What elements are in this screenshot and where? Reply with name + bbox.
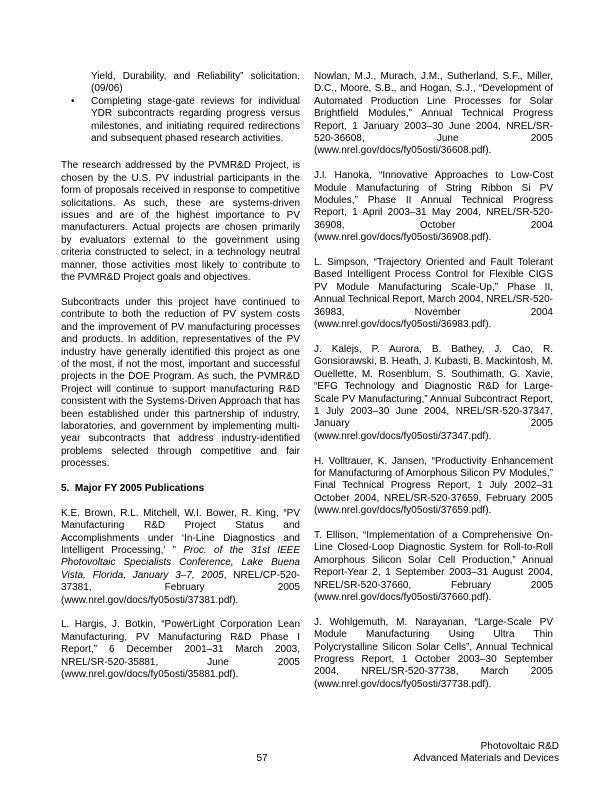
citation-brown: K.E. Brown, R.L. Mitchell, W.I. Bower, R… bbox=[61, 508, 300, 607]
list-item-continuation: Yield, Durability, and Reliability” soli… bbox=[61, 71, 300, 96]
citation-simpson: L. Simpson, “Trajectory Oriented and Fau… bbox=[314, 257, 553, 331]
left-column: Yield, Durability, and Reliability” soli… bbox=[61, 71, 300, 704]
list-item: • Completing stage-gate reviews for indi… bbox=[61, 96, 300, 146]
citation-hanoka: J.I. Hanoka, “Innovative Approaches to L… bbox=[314, 170, 553, 244]
page-number: 57 bbox=[13, 753, 511, 765]
citation-nowlan: Nowlan, M.J., Murach, J.M., Sutherland, … bbox=[314, 71, 553, 158]
list-item-text: Completing stage-gate reviews for indivi… bbox=[91, 96, 300, 144]
page-content: Yield, Durability, and Reliability” soli… bbox=[61, 71, 553, 704]
page-footer: Photovoltaic R&D 57 Advanced Materials a… bbox=[61, 741, 559, 765]
document-page: Yield, Durability, and Reliability” soli… bbox=[0, 0, 612, 792]
footer-line: 57 Advanced Materials and Devices bbox=[61, 753, 559, 765]
citation-hargis: L. Hargis, J. Botkin, “PowerLight Corpor… bbox=[61, 619, 300, 681]
citation-ellison: T. Ellison, “Implementation of a Compreh… bbox=[314, 530, 553, 604]
bullet-list: Yield, Durability, and Reliability” soli… bbox=[61, 71, 300, 145]
bullet-marker: • bbox=[71, 96, 75, 108]
list-item-text: Yield, Durability, and Reliability” soli… bbox=[91, 71, 300, 94]
citation-kalejs: J. Kalejs, P. Aurora, B. Bathey, J. Cao,… bbox=[314, 344, 553, 443]
right-column: Nowlan, M.J., Murach, J.M., Sutherland, … bbox=[314, 71, 553, 704]
footer-report-title: Photovoltaic R&D bbox=[61, 741, 559, 753]
citation-wohlgemuth: J. Wohlgemuth, M. Narayanan, “Large-Scal… bbox=[314, 617, 553, 691]
section-heading: 5. Major FY 2005 Publications bbox=[61, 483, 300, 495]
body-paragraph: Subcontracts under this project have con… bbox=[61, 297, 300, 471]
citation-volltrauer: H. Volltrauer, K. Jansen, “Productivity … bbox=[314, 456, 553, 518]
body-paragraph: The research addressed by the PVMR&D Pro… bbox=[61, 160, 300, 284]
